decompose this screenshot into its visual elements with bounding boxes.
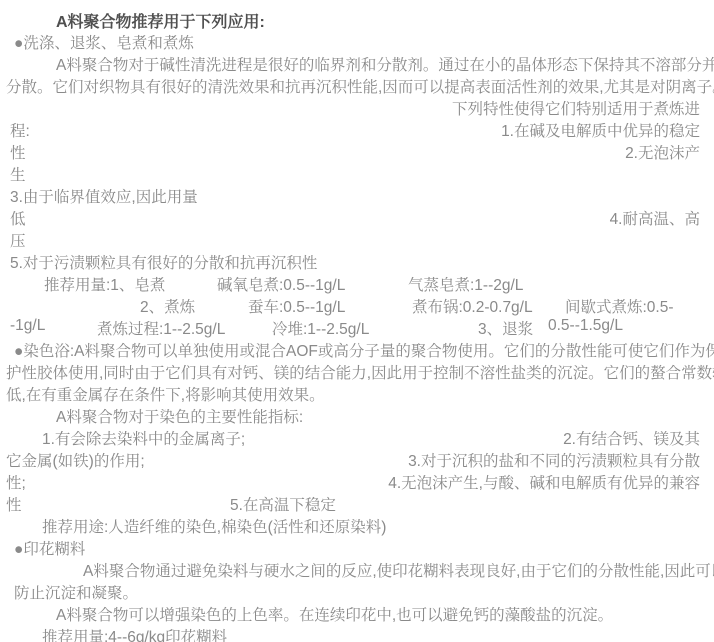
printing-para2-line: A料聚合物可以增强染色的上色率。在连续印花中,也可以避免钙的藻酸盐的沉淀。 (0, 601, 714, 623)
feature-item: 5.对于污渍颗粒具有很好的分散和抗再沉积性 (10, 251, 317, 273)
usage-line: 推荐用途:人造纤维的染色,棉染色(活性和还原染料) (0, 513, 714, 535)
paragraph-text: A料聚合物对于碱性清洗进程是很好的临界剂和分散剂。通过在小的晶体形态下保持其不溶… (56, 53, 714, 75)
printing-para1-line-1: A料聚合物通过避免染料与硬水之间的反应,使印花糊料表现良好,由于它们的分散性能,… (0, 557, 714, 579)
feature-line-1: 程: 1.在碱及电解质中优异的稳定 (0, 117, 714, 139)
dosage-value: 冷堆:1--2.5g/L (272, 317, 369, 339)
document-page: A料聚合物推荐用于下列应用: ●洗涤、退浆、皂煮和煮炼 A料聚合物对于碱性清洗进… (0, 0, 714, 642)
wrap-fragment: 低 (10, 207, 26, 229)
feature-item: 4.耐高温、高 (610, 207, 700, 229)
wrap-fragment: 它金属(如铁)的作用; (6, 449, 145, 471)
feature-line-5: 低 4.耐高温、高 (0, 205, 714, 227)
dosage-value: 间歇式煮炼:0.5- (565, 295, 674, 317)
washing-para-line-1: A料聚合物对于碱性清洗进程是很好的临界剂和分散剂。通过在小的晶体形态下保持其不溶… (0, 51, 714, 73)
indicators-title: A料聚合物对于染色的主要性能指标: (56, 405, 303, 427)
paragraph-text: A料聚合物可以增强染色的上色率。在连续印花中,也可以避免钙的藻酸盐的沉淀。 (56, 603, 613, 625)
wrap-fragment: -1g/L (10, 317, 45, 335)
washing-heading-line: ●洗涤、退浆、皂煮和煮炼 (0, 29, 714, 51)
title-line: A料聚合物推荐用于下列应用: (0, 7, 714, 29)
dyebath-para-line-1: ●染色浴:A料聚合物可以单独使用或混合AOF或高分子量的聚合物使用。它们的分散性… (0, 337, 714, 359)
indicator-line-4: 性 5.在高温下稳定 (0, 491, 714, 513)
dosage-label: 2、煮炼 (140, 295, 195, 317)
feature-line-3: 生 (0, 161, 714, 183)
paragraph-text: A料聚合物通过避免染料与硬水之间的反应,使印花糊料表现良好,由于它们的分散性能,… (83, 559, 714, 581)
dosage-label: 推荐用量:1、皂煮 (44, 273, 165, 295)
wrap-fragment: 性 (6, 493, 22, 515)
indicator-item: 4.无泡沫产生,与酸、碱和电解质有优异的兼容 (388, 471, 700, 493)
indicator-line-3: 性; 4.无泡沫产生,与酸、碱和电解质有优异的兼容 (0, 469, 714, 491)
dosage-label: 推荐用量:4--6g/kg印花糊料 (42, 625, 227, 642)
features-intro-line: 下列特性使得它们特别适用于煮炼进 (0, 95, 714, 117)
feature-item: 2.无泡沫产 (625, 141, 700, 163)
wrap-fragment: 压 (10, 229, 26, 251)
printing-para1-line-2: 防止沉淀和凝聚。 (0, 579, 714, 601)
indicators-title-line: A料聚合物对于染色的主要性能指标: (0, 403, 714, 425)
indicator-line-2: 它金属(如铁)的作用; 3.对于沉积的盐和不同的污渍颗粒具有分散 (0, 447, 714, 469)
section-heading-washing: ●洗涤、退浆、皂煮和煮炼 (14, 31, 194, 53)
washing-para-line-2: 分散。它们对织物具有很好的清洗效果和抗再沉积性能,因而可以提高表面活性剂的效果,… (0, 73, 714, 95)
indicator-item: 5.在高温下稳定 (230, 493, 336, 515)
wrap-fragment: 生 (10, 163, 26, 185)
paragraph-text: 护性胶体使用,同时由于它们具有对钙、镁的结合能力,因此用于控制不溶性盐类的沉淀。… (6, 361, 714, 383)
feature-line-7: 5.对于污渍颗粒具有很好的分散和抗再沉积性 (0, 249, 714, 271)
wrap-fragment: 性; (6, 471, 26, 493)
usage-text: 推荐用途:人造纤维的染色,棉染色(活性和还原染料) (42, 515, 386, 537)
section-heading-printing: ●印花糊料 (14, 537, 85, 559)
dosage-value: 蚕车:0.5--1g/L (248, 295, 345, 317)
indicator-item: 2.有结合钙、镁及其 (563, 427, 700, 449)
wrap-fragment: 性 (10, 141, 26, 163)
dosage-row-1: 推荐用量:1、皂煮 碱氧皂煮:0.5--1g/L 气蒸皂煮:1--2g/L (0, 271, 714, 293)
printing-dosage-line: 推荐用量:4--6g/kg印花糊料 (0, 623, 714, 642)
dosage-label: 3、退浆 (478, 317, 533, 339)
printing-heading-line: ●印花糊料 (0, 535, 714, 557)
paragraph-text: 低,在有重金属存在条件下,将影响其使用效果。 (6, 383, 325, 405)
dosage-value: 煮布锅:0.2-0.7g/L (412, 295, 533, 317)
dosage-row-2: 2、煮炼 蚕车:0.5--1g/L 煮布锅:0.2-0.7g/L 间歇式煮炼:0… (0, 293, 714, 315)
feature-item: 1.在碱及电解质中优异的稳定 (501, 119, 700, 141)
dosage-value: 碱氧皂煮:0.5--1g/L (217, 273, 345, 295)
dosage-value: 0.5--1.5g/L (548, 317, 623, 335)
dosage-row-3: -1g/L 煮炼过程:1--2.5g/L 冷堆:1--2.5g/L 3、退浆 0… (0, 315, 714, 337)
dosage-value: 气蒸皂煮:1--2g/L (408, 273, 523, 295)
feature-item: 3.由于临界值效应,因此用量 (10, 185, 198, 207)
dosage-value: 煮炼过程:1--2.5g/L (97, 317, 225, 339)
section-heading-dyebath: ●染色浴:A料聚合物可以单独使用或混合AOF或高分子量的聚合物使用。它们的分散性… (14, 339, 714, 361)
feature-line-2: 性 2.无泡沫产 (0, 139, 714, 161)
paragraph-text: 分散。它们对织物具有很好的清洗效果和抗再沉积性能,因而可以提高表面活性剂的效果,… (6, 75, 714, 97)
indicator-line-1: 1.有会除去染料中的金属离子; 2.有结合钙、镁及其 (0, 425, 714, 447)
indicator-item: 3.对于沉积的盐和不同的污渍颗粒具有分散 (408, 449, 700, 471)
feature-line-4: 3.由于临界值效应,因此用量 (0, 183, 714, 205)
paragraph-text: 下列特性使得它们特别适用于煮炼进 (452, 97, 700, 119)
feature-line-6: 压 (0, 227, 714, 249)
dyebath-para-line-3: 低,在有重金属存在条件下,将影响其使用效果。 (0, 381, 714, 403)
paragraph-text: 防止沉淀和凝聚。 (14, 581, 138, 603)
wrap-fragment: 程: (10, 119, 30, 141)
dyebath-para-line-2: 护性胶体使用,同时由于它们具有对钙、镁的结合能力,因此用于控制不溶性盐类的沉淀。… (0, 359, 714, 381)
indicator-item: 1.有会除去染料中的金属离子; (42, 427, 245, 449)
